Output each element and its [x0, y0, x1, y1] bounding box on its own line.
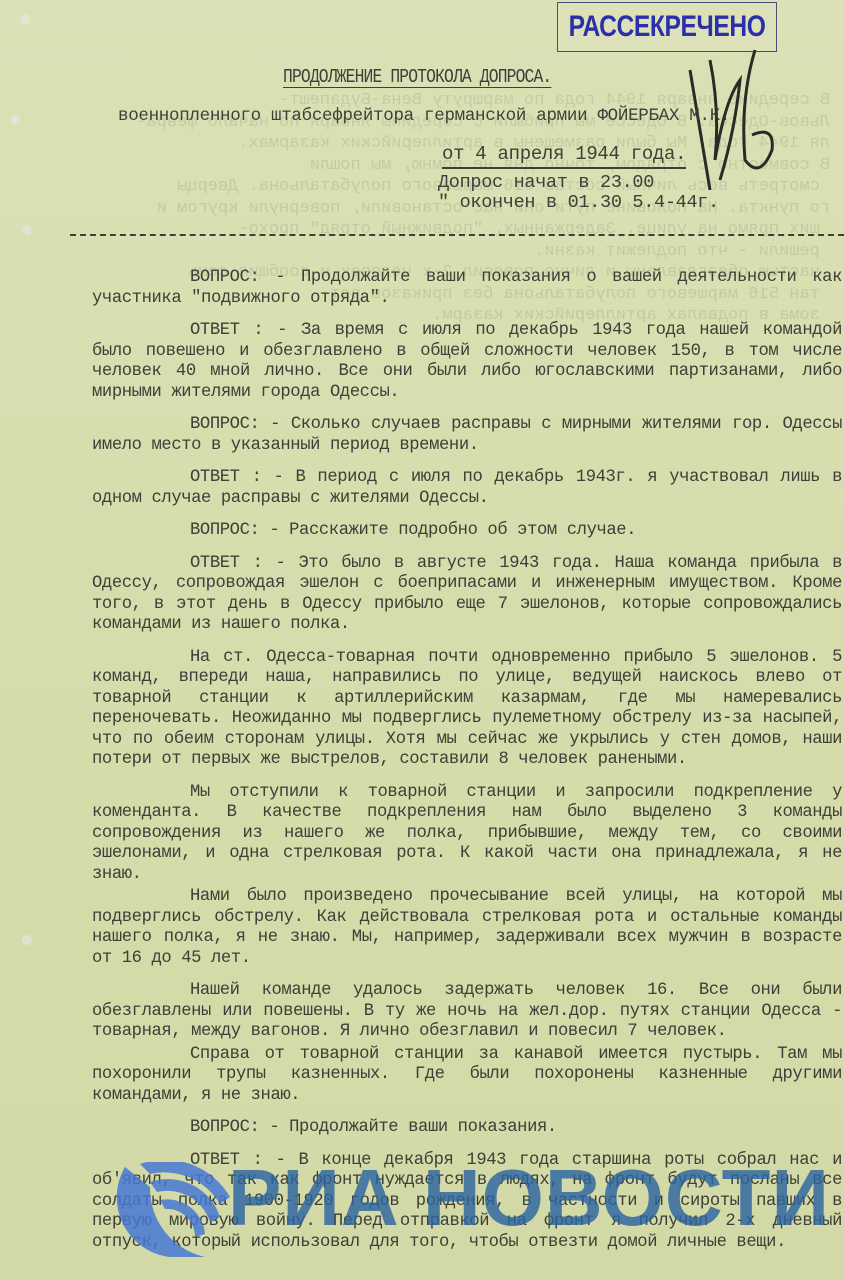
transcript-paragraph: Мы отступили к товарной станции и запрос…	[92, 783, 842, 886]
ria-novosti-watermark: РИА НОВОСТИ	[228, 1158, 830, 1238]
transcript-paragraph: Нашей команде удалось задержать человек …	[92, 981, 842, 1043]
transcript-paragraph: На ст. Одесса-товарная почти одновременн…	[92, 648, 842, 771]
interrogation-start-time: Допрос начат в 23.00	[438, 172, 654, 193]
document-title: ПРОДОЛЖЕНИЕ ПРОТОКОЛА ДОПРОСА.	[283, 66, 551, 88]
margin-hole-mark	[22, 935, 32, 945]
transcript-answer: ОТВЕТ : - Это было в августе 1943 года. …	[92, 554, 842, 636]
transcript-paragraph: Нами было произведено прочесывание всей …	[92, 887, 842, 969]
interrogation-date: от 4 апреля 1944 года.	[442, 143, 686, 169]
prisoner-description: военнопленного штабсефрейтора германской…	[118, 106, 730, 126]
margin-hole-mark	[22, 225, 32, 235]
declassified-stamp-label: РАССЕКРЕЧЕНО	[569, 10, 766, 44]
header-divider	[70, 234, 844, 236]
transcript-paragraph: Справа от товарной станции за канавой им…	[92, 1045, 842, 1107]
transcript-question: ВОПРОС: - Продолжайте ваши показания.	[92, 1118, 842, 1139]
interrogation-end-time: " окончен в 01.30 5.4-44г.	[438, 192, 719, 213]
transcript-question: ВОПРОС: - Расскажите подробно об этом сл…	[92, 521, 842, 542]
document-page: В середине января 1944 года по маршруту …	[0, 0, 844, 1280]
transcript-answer: ОТВЕТ : - За время с июля по декабрь 194…	[92, 321, 842, 403]
interrogation-transcript: ВОПРОС: - Продолжайте ваши показания о в…	[92, 268, 842, 1261]
margin-hole-mark	[20, 14, 30, 24]
transcript-question: ВОПРОС: - Сколько случаев расправы с мир…	[92, 415, 842, 456]
transcript-answer: ОТВЕТ : - В период с июля по декабрь 194…	[92, 468, 842, 509]
transcript-question: ВОПРОС: - Продолжайте ваши показания о в…	[92, 268, 842, 309]
margin-hole-mark	[10, 115, 20, 125]
